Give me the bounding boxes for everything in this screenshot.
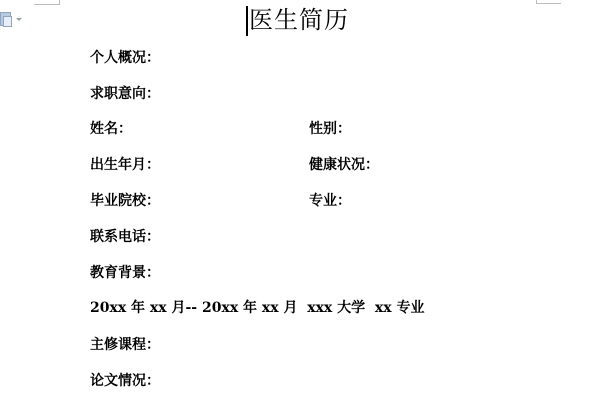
field-phone[interactable]: 联系电话： — [90, 228, 160, 246]
field-thesis[interactable]: 论文情况： — [90, 372, 160, 390]
field-birth[interactable]: 出生年月： — [90, 156, 160, 174]
field-gender[interactable]: 性别： — [309, 120, 351, 138]
text-cursor — [246, 6, 248, 36]
margin-corner-mark-left — [34, 0, 60, 5]
document-title[interactable]: 医生简历 — [249, 4, 349, 36]
chevron-down-icon — [16, 18, 22, 21]
field-courses[interactable]: 主修课程： — [90, 336, 160, 354]
field-job-intention[interactable]: 求职意向： — [90, 85, 160, 103]
field-education[interactable]: 教育背景： — [90, 264, 160, 282]
field-health[interactable]: 健康状况： — [309, 156, 379, 174]
field-major[interactable]: 专业： — [309, 192, 351, 210]
education-entry[interactable]: 20xx 年 xx 月-- 20xx 年 xx 月 xxx 大学 xx 专业 — [90, 299, 424, 317]
margin-corner-mark-right — [536, 0, 561, 4]
field-overview[interactable]: 个人概况： — [90, 49, 160, 67]
paste-options-icon — [0, 12, 11, 26]
field-school[interactable]: 毕业院校： — [90, 192, 160, 210]
field-name[interactable]: 姓名： — [90, 120, 132, 138]
paste-options-button[interactable] — [0, 11, 30, 27]
document-page[interactable]: 医生简历 个人概况： 求职意向： 姓名： 性别： 出生年月： 健康状况： 毕业院… — [0, 0, 600, 400]
